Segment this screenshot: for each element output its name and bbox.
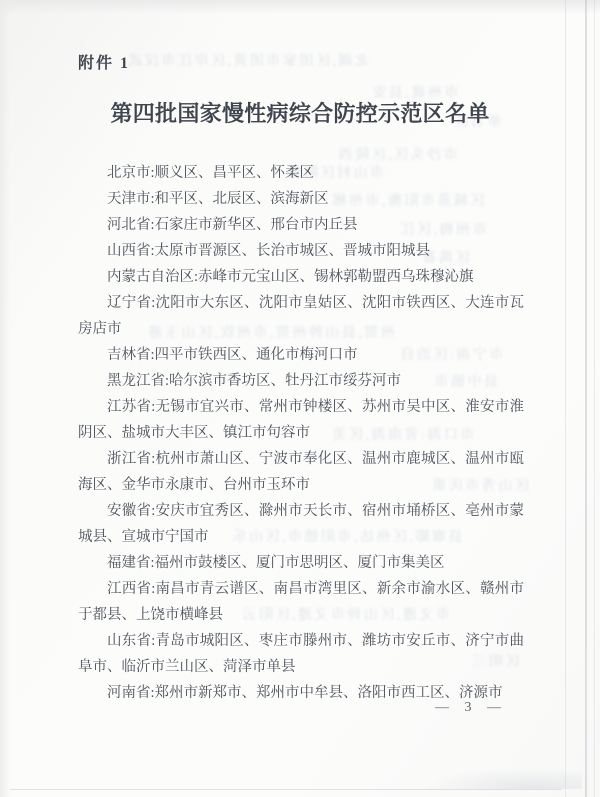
province-entry-hebei: 河北省:石家庄市新华区、邢台市内丘县 xyxy=(78,212,524,238)
scanned-document-page: 北湖,区团家市团黄,区岸江市汉武 市州就,县安 单名区 市沙头区,区陵西 市山村… xyxy=(0,0,600,797)
province-entry-jiangxi: 江西省:南昌市青云谱区、南昌市湾里区、新余市渝水区、赣州市于都县、上饶市横峰县 xyxy=(78,576,524,628)
province-entry-jiangsu: 江苏省:无锡市宜兴市、常州市钟楼区、苏州市吴中区、淮安市淮阴区、盐城市大丰区、镇… xyxy=(78,394,524,446)
bleedthrough-ghost-text: 北湖,区团家市团黄,区岸江市汉武 xyxy=(126,50,369,70)
document-title: 第四批国家慢性病综合防控示范区名单 xyxy=(0,97,600,128)
province-entry-liaoning: 辽宁省:沈阳市大东区、沈阳市皇姑区、沈阳市铁西区、大连市瓦房店市 xyxy=(78,290,524,342)
province-entry-anhui: 安徽省:安庆市宜秀区、滁州市天长市、宿州市埇桥区、亳州市蒙城县、宣城市宁国市 xyxy=(78,498,524,550)
scan-corner-shade xyxy=(422,767,582,789)
province-entry-shanxi: 山西省:太原市晋源区、长治市城区、晋城市阳城县 xyxy=(78,238,524,264)
province-entry-neimenggu: 内蒙古自治区:赤峰市元宝山区、锡林郭勒盟西乌珠穆沁旗 xyxy=(78,264,524,290)
province-entry-jilin: 吉林省:四平市铁西区、通化市梅河口市 xyxy=(78,342,524,368)
province-entry-beijing: 北京市:顺义区、昌平区、怀柔区 xyxy=(78,160,524,186)
page-number: — 3 — xyxy=(435,700,507,716)
province-list: 北京市:顺义区、昌平区、怀柔区 天津市:和平区、北辰区、滨海新区 河北省:石家庄… xyxy=(78,160,524,706)
province-entry-fujian: 福建省:福州市鼓楼区、厦门市思明区、厦门市集美区 xyxy=(78,550,524,576)
province-entry-shandong: 山东省:青岛市城阳区、枣庄市滕州市、潍坊市安丘市、济宁市曲阜市、临沂市兰山区、菏… xyxy=(78,628,524,680)
province-entry-tianjin: 天津市:和平区、北辰区、滨海新区 xyxy=(78,186,524,212)
province-entry-zhejiang: 浙江省:杭州市萧山区、宁波市奉化区、温州市鹿城区、温州市瓯海区、金华市永康市、台… xyxy=(78,446,524,498)
attachment-label: 附件 1 xyxy=(78,50,130,73)
province-entry-heilongjiang: 黑龙江省:哈尔滨市香坊区、牡丹江市绥芬河市 xyxy=(78,368,524,394)
scan-bottom-line xyxy=(10,789,562,790)
